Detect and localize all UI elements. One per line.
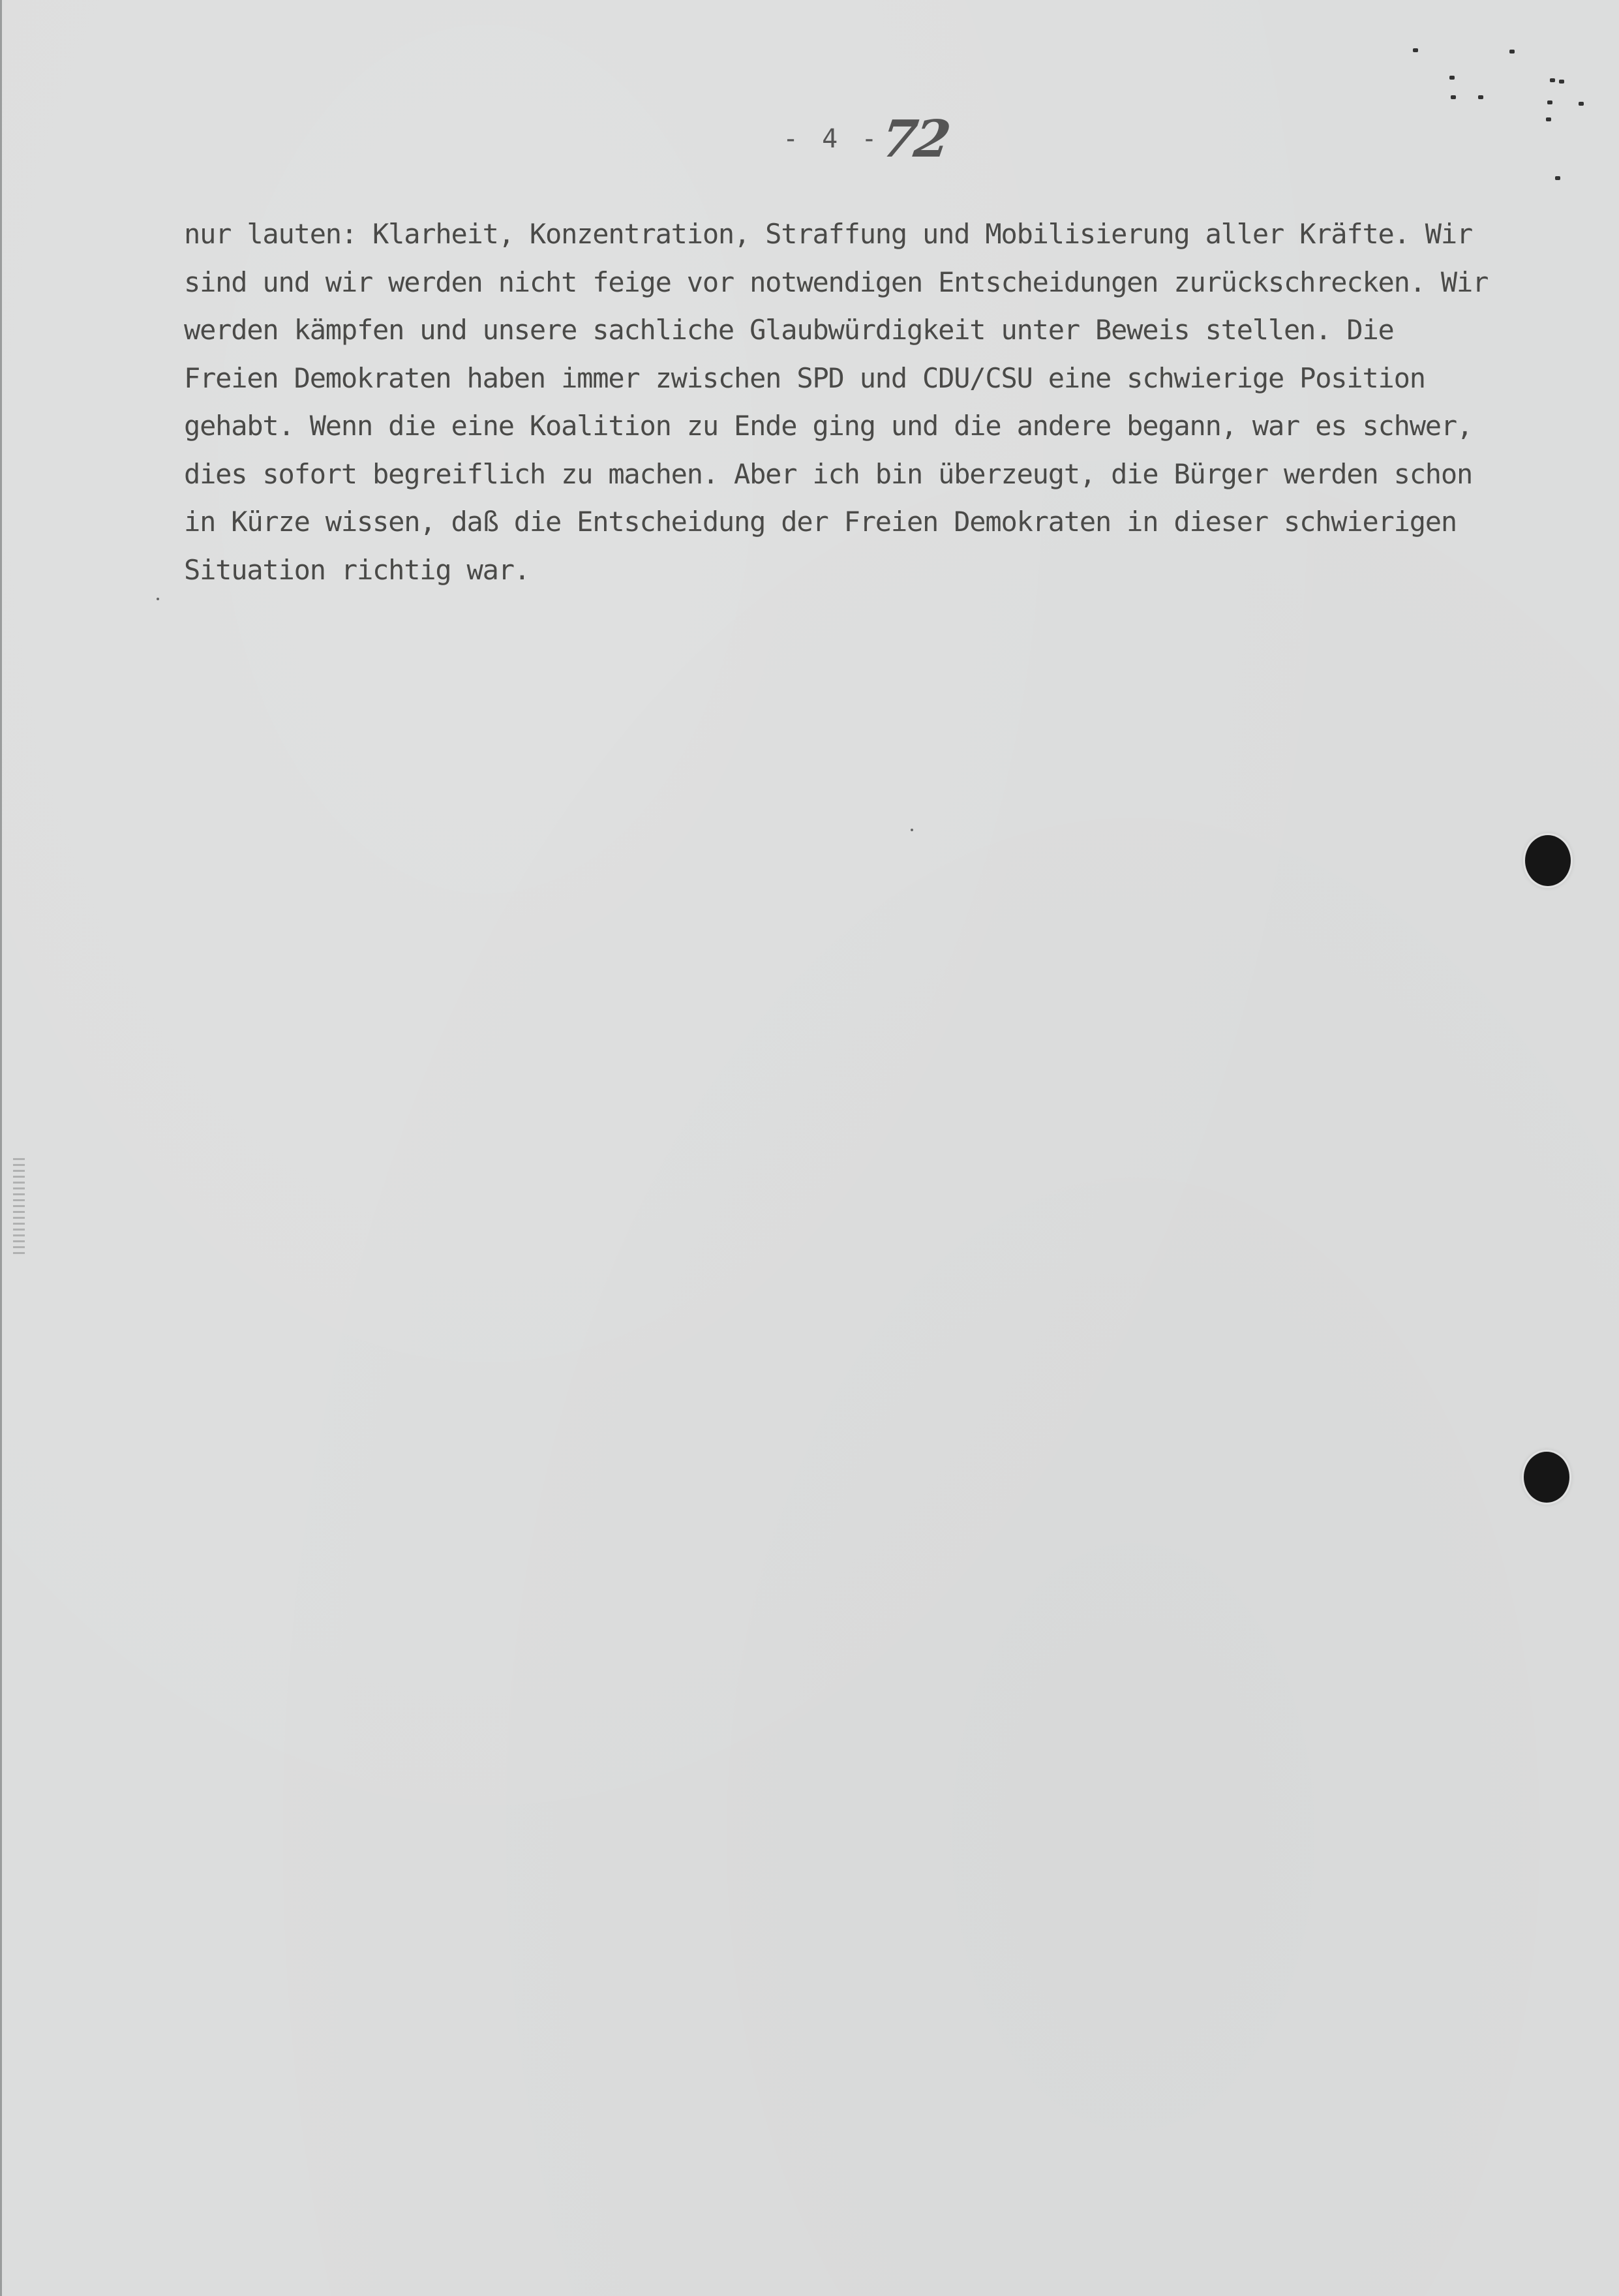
margin-smudge xyxy=(13,1158,25,1256)
punch-hole xyxy=(1525,835,1571,886)
staple-mark xyxy=(1413,48,1418,52)
text-line: nur lauten: Klarheit, Konzentration, Str… xyxy=(184,210,1554,258)
speck xyxy=(157,598,159,600)
page-edge-shadow xyxy=(0,0,2,2296)
staple-mark xyxy=(1451,95,1456,99)
page-number: - 4 - xyxy=(783,124,881,154)
staple-mark xyxy=(1559,80,1564,84)
staple-mark xyxy=(1547,100,1552,104)
text-line: werden kämpfen und unsere sachliche Glau… xyxy=(184,306,1554,354)
staple-mark xyxy=(1555,176,1560,180)
staple-mark xyxy=(1546,117,1551,121)
text-line: dies sofort begreiflich zu machen. Aber … xyxy=(184,450,1554,498)
speck xyxy=(911,829,913,831)
staple-mark xyxy=(1449,76,1455,80)
scanned-document-page: - 4 - 72 nur lauten: Klarheit, Konzentra… xyxy=(0,0,1619,2296)
body-text: nur lauten: Klarheit, Konzentration, Str… xyxy=(184,210,1554,594)
text-line: Situation richtig war. xyxy=(184,546,1554,594)
text-line: Freien Demokraten haben immer zwischen S… xyxy=(184,354,1554,403)
punch-hole xyxy=(1524,1452,1569,1503)
staple-mark xyxy=(1550,78,1555,82)
staple-mark xyxy=(1478,95,1483,99)
handwritten-folio-number: 72 xyxy=(878,110,952,169)
staple-mark xyxy=(1509,50,1515,54)
text-line: gehabt. Wenn die eine Koalition zu Ende … xyxy=(184,402,1554,450)
text-line: in Kürze wissen, daß die Entscheidung de… xyxy=(184,498,1554,546)
text-line: sind und wir werden nicht feige vor notw… xyxy=(184,258,1554,307)
staple-mark xyxy=(1579,102,1584,106)
